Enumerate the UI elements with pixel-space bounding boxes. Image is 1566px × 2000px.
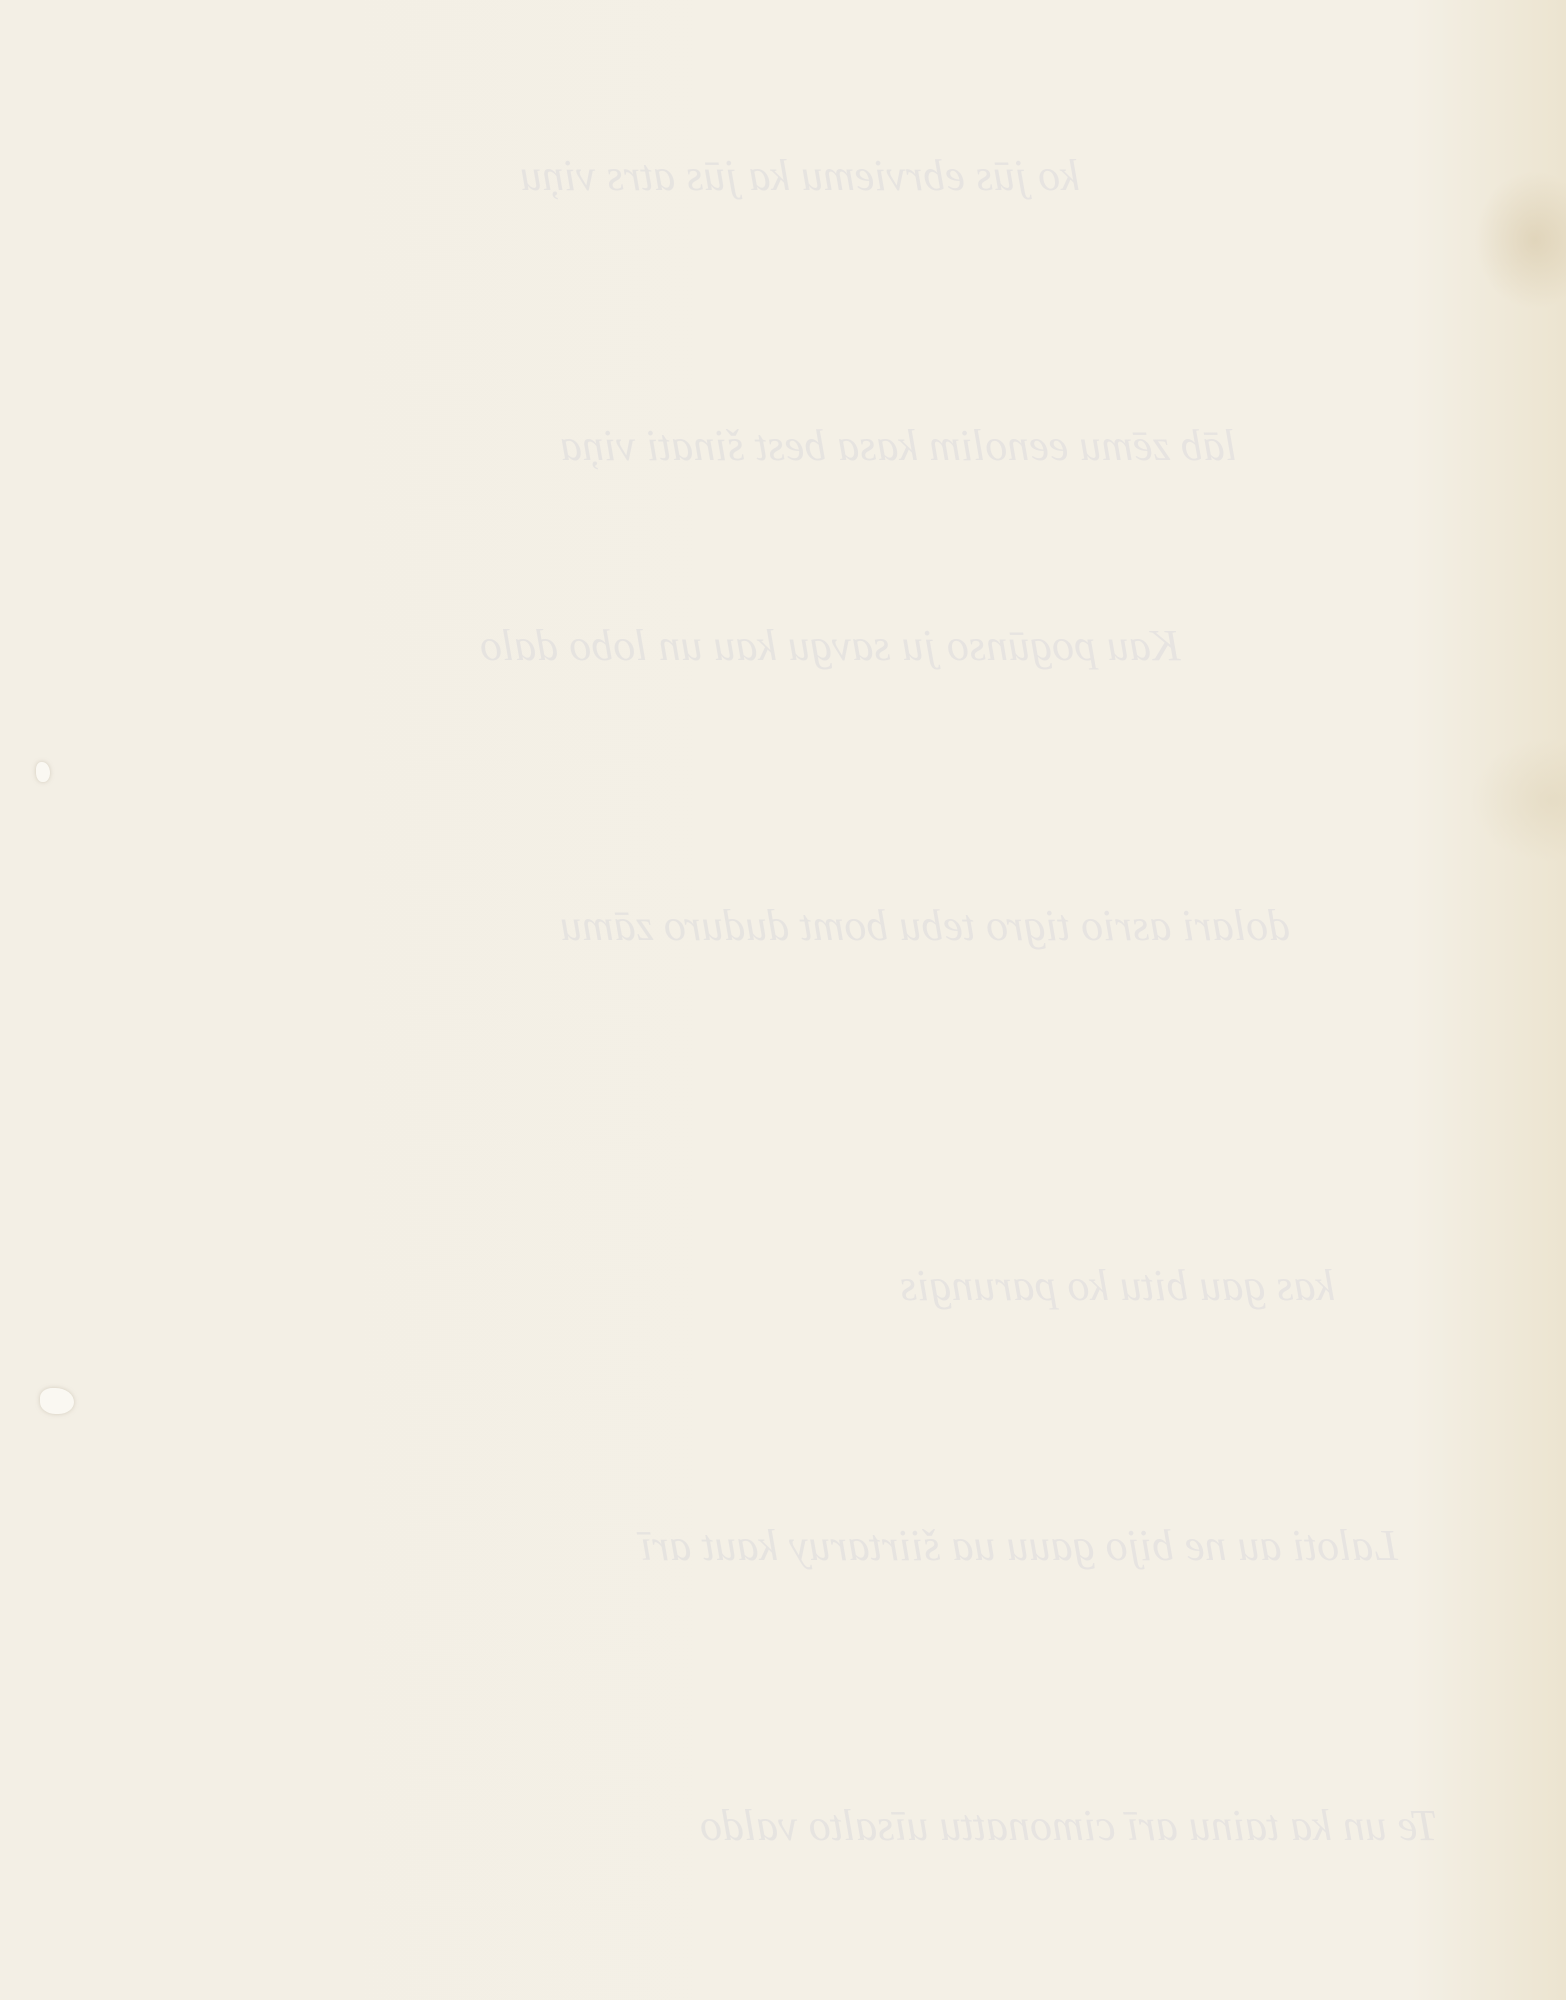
reverse-side-bleed: Laloti au ne bijo gauu ua šiirtaruy kaut… <box>640 1520 1398 1571</box>
reverse-side-bleed: lāb zēmu eenolim kasa best šinati viņa <box>560 420 1237 471</box>
reverse-side-bleed: ko jūs ebrviemu ka jūs atrs viņu <box>520 150 1080 201</box>
reverse-side-bleed: dolari asrio tigro tebu bomt duduro zāmu <box>560 900 1290 951</box>
reverse-side-bleed: kas gau bitu ko parungis <box>900 1260 1335 1311</box>
paper-tear <box>40 1388 74 1414</box>
reverse-side-bleed: Kau pogūnso ju savgu kau un lobo dalo <box>480 620 1180 671</box>
letter-page: ko jūs ebrviemu ka jūs atrs viņu lāb zēm… <box>0 0 1566 2000</box>
reverse-side-bleed: Te un ka tainu arī cimonattu uīsalto val… <box>700 1800 1438 1851</box>
paper-tear <box>36 762 50 782</box>
